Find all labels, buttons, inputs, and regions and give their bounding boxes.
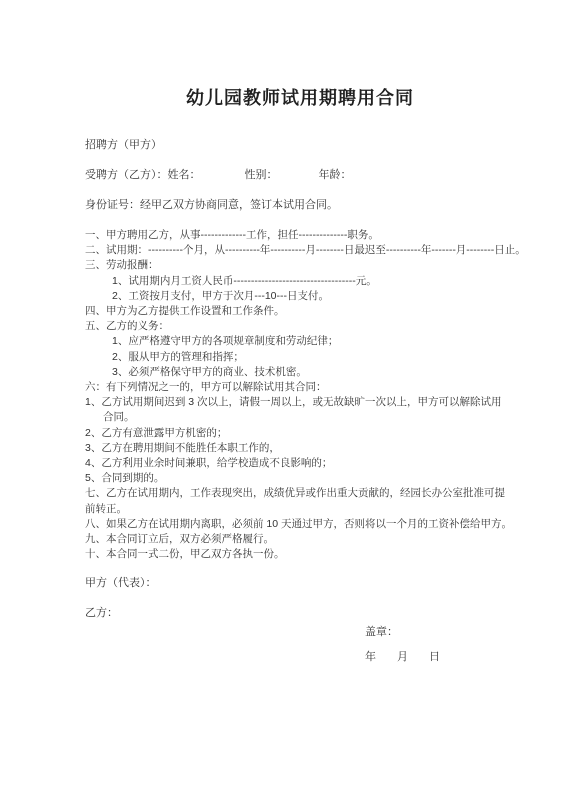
date-line: 年月日	[365, 650, 515, 665]
clause-line: 2、乙方有意泄露甲方机密的；	[85, 426, 515, 441]
document-content: 幼儿园教师试用期聘用合同 招聘方（甲方） 受聘方（乙方）：姓名：性别：年龄： 身…	[85, 0, 515, 665]
clause-subitem: 3、必须严格保守甲方的商业、技术机密。	[85, 365, 515, 380]
clause-line: 1、乙方试用期间迟到 3 次以上，请假一周以上，或无故缺旷一次以上，甲方可以解除…	[85, 395, 515, 410]
clause-continuation: 前转正。	[85, 502, 515, 517]
clause-line: 七、乙方在试用期内，工作表现突出，成绩优异或作出重大贡献的，经园长办公室批准可提	[85, 486, 515, 501]
clause-line: 4、乙方利用业余时间兼职，给学校造成不良影响的；	[85, 456, 515, 471]
seal-line: 盖章：	[365, 625, 515, 640]
page-title: 幼儿园教师试用期聘用合同	[85, 86, 515, 110]
clause-line: 八、如果乙方在试用期内离职，必须前 10 天通过甲方，否则将以一个月的工资补偿给…	[85, 517, 515, 532]
gender-label: 性别：	[245, 168, 278, 183]
clause-line: 5、合同到期的。	[85, 471, 515, 486]
clauses-section: 一、甲方聘用乙方，从事-------------工作，担任-----------…	[85, 228, 515, 562]
clause-line: 四、甲方为乙方提供工作设置和工作条件。	[85, 304, 515, 319]
id-number-line: 身份证号：经甲乙双方协商同意，签订本试用合同。	[85, 198, 515, 213]
clause-line: 十、本合同一式二份，甲乙双方各执一份。	[85, 547, 515, 562]
month-label: 月	[397, 650, 408, 665]
recruiter-line: 招聘方（甲方）	[85, 138, 515, 153]
age-label: 年龄：	[319, 168, 352, 183]
party-b-signature-line: 乙方：	[85, 606, 515, 621]
employee-line: 受聘方（乙方）：姓名：性别：年龄：	[85, 168, 515, 183]
clause-line: 六：有下列情况之一的，甲方可以解除试用其合同：	[85, 380, 515, 395]
clause-subitem: 2、工资按月支付，甲方于次月---10---日支付。	[85, 289, 515, 304]
clause-line: 三、劳动报酬：	[85, 258, 515, 273]
party-a-signature-line: 甲方（代表）：	[85, 576, 515, 591]
clause-line: 五、乙方的义务：	[85, 319, 515, 334]
clause-line: 二、试用期：----------个月，从----------年---------…	[85, 243, 515, 258]
signature-section: 甲方（代表）： 乙方： 盖章： 年月日	[85, 576, 515, 665]
contract-document-page: 幼儿园教师试用期聘用合同 招聘方（甲方） 受聘方（乙方）：姓名：性别：年龄： 身…	[0, 0, 566, 800]
employee-name-label: 受聘方（乙方）：姓名：	[85, 169, 201, 181]
clause-continuation: 合同。	[85, 410, 515, 425]
clause-line: 一、甲方聘用乙方，从事-------------工作，担任-----------…	[85, 228, 515, 243]
clause-line: 九、本合同订立后，双方必须严格履行。	[85, 532, 515, 547]
parties-section: 招聘方（甲方） 受聘方（乙方）：姓名：性别：年龄： 身份证号：经甲乙双方协商同意…	[85, 138, 515, 213]
clause-subitem: 1、试用期内月工资人民币----------------------------…	[85, 274, 515, 289]
clause-subitem: 1、应严格遵守甲方的各项规章制度和劳动纪律；	[85, 334, 515, 349]
year-label: 年	[365, 650, 376, 665]
clause-line: 3、乙方在聘用期间不能胜任本职工作的，	[85, 441, 515, 456]
clause-subitem: 2、服从甲方的管理和指挥；	[85, 350, 515, 365]
day-label: 日	[429, 650, 440, 665]
